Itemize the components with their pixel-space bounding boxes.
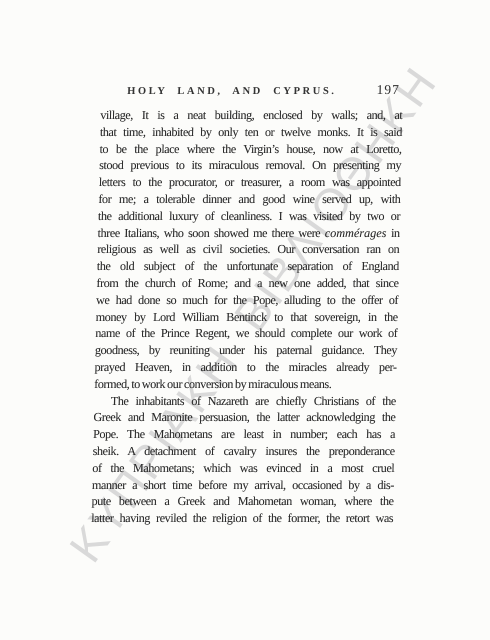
text-line: prayed Heaven, in addition to the miracl… [94,359,396,376]
text-line: sheik. A detachment of cavalry insures t… [92,443,394,460]
running-head: HOLY LAND, AND CYPRUS. [127,86,337,97]
text-line: of the Mahometans; which was evinced in … [92,460,394,477]
text-line: for me; a tolerable dinner and good wine… [98,191,400,208]
text-line: latter having reviled the religion of th… [91,510,393,527]
paragraph: village, It is a neat building, enclosed… [94,107,402,393]
paragraph: The inhabitants of Nazareth are chiefly … [91,393,396,527]
text-line: money by Lord William Bentinck to that s… [96,309,398,326]
text-line: stood previous to its miraculous removal… [99,157,401,174]
text-line: pute between a Greek and Mahometan woman… [91,493,393,510]
text-line: we had done so much for the Pope, alludi… [96,292,398,309]
text-line: formed, to work our conversion by miracu… [94,376,396,393]
page-number: 197 [376,82,400,98]
text-line: three Italians, who soon showed me there… [97,225,399,242]
body-text: village, It is a neat building, enclosed… [91,107,403,527]
text-line: that time, inhabited by only ten or twel… [100,124,402,141]
text-line: Pope. The Mahometans are least in number… [93,426,395,443]
text-line: manner a short time before my arrival, o… [92,477,394,494]
text-line: the additional luxury of cleanliness. I … [98,208,400,225]
text-line: religious as well as civil societies. Ou… [97,241,399,258]
scanned-page: ΚΥΠΡΙΑΚΗ ΒΙΒΛΙΟΘΗΚΗ HOLY LAND, AND CYPRU… [0,0,490,640]
text-line: the old subject of the unfortunate separ… [97,258,399,275]
page-scan-block: HOLY LAND, AND CYPRUS. 197 village, It i… [91,85,403,527]
text-line: goodness, by reuniting under his paterna… [95,342,397,359]
running-head-row: HOLY LAND, AND CYPRUS. 197 [101,85,403,98]
text-line: from the church of Rome; and a new one a… [96,275,398,292]
text-line: Greek and Maronite persuasion, the latte… [93,409,395,426]
text-line: name of the Prince Regent, we should com… [95,325,397,342]
text-line: letters to the procurator, or treasurer,… [99,174,401,191]
text-line: village, It is a neat building, enclosed… [100,107,402,124]
text-line: to be the place where the Virgin’s house… [99,141,401,158]
text-line: The inhabitants of Nazareth are chiefly … [94,393,396,410]
